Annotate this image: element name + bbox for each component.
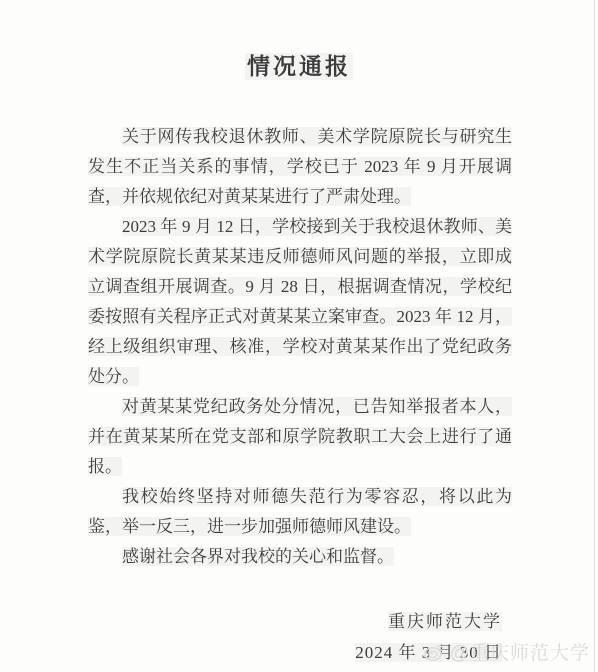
notice-paragraph-3: 对黄某某党纪政务处分情况，已告知举报者本人，并在黄某某所在党支部和原学院教职工大… [88, 392, 512, 482]
notice-title-text: 情况通报 [245, 53, 353, 80]
weibo-watermark-icon [422, 640, 446, 664]
watermark-text: @重庆师范大学 [450, 638, 590, 665]
notice-paragraph-5: 感谢社会各界对我校的关心和监督。 [88, 542, 512, 572]
notice-paragraph-4: 我校始终坚持对师德失范行为零容忍，将以此为鉴，举一反三，进一步加强师德师风建设。 [88, 482, 512, 542]
notice-title: 情况通报 [0, 0, 598, 82]
notice-paragraph-1: 关于网传我校退休教师、美术学院原院长与研究生发生不正当关系的事情，学校已于 20… [88, 122, 512, 212]
issuer-name: 重庆师范大学 [0, 606, 502, 637]
watermark: @重庆师范大学 [422, 638, 590, 665]
notice-page: 情况通报 关于网传我校退休教师、美术学院原院长与研究生发生不正当关系的事情，学校… [0, 0, 598, 672]
notice-body: 关于网传我校退休教师、美术学院原院长与研究生发生不正当关系的事情，学校已于 20… [88, 122, 512, 572]
notice-paragraph-2: 2023 年 9 月 12 日，学校接到关于我校退休教师、美术学院原院长黄某某违… [88, 212, 512, 392]
